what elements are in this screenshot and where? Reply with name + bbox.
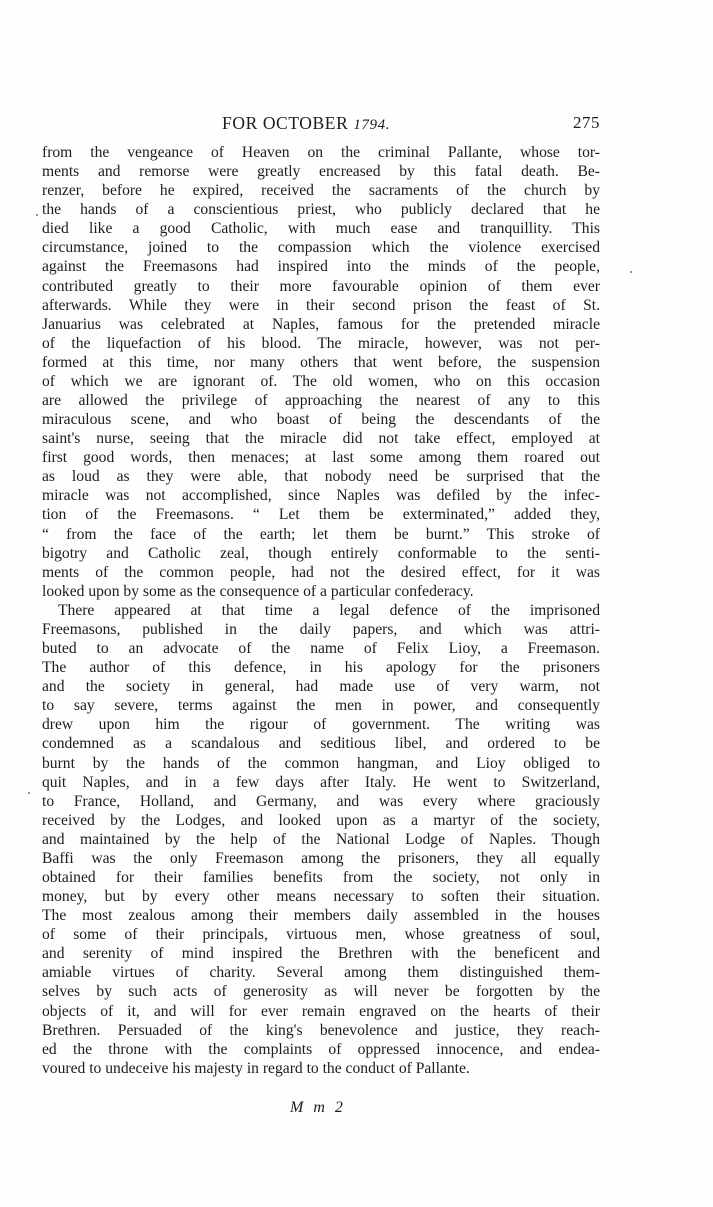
text-line: to France, Holland, and Germany, and was…: [42, 792, 600, 811]
text-line: of which we are ignorant of. The old wom…: [42, 372, 600, 391]
text-line: of some of their principals, virtuous me…: [42, 925, 600, 944]
text-line: The most zealous among their members dai…: [42, 906, 600, 925]
text-line: against the Freemasons had inspired into…: [42, 257, 600, 276]
text-line: miracle was not accomplished, since Napl…: [42, 486, 600, 505]
text-line: are allowed the privilege of approaching…: [42, 391, 600, 410]
running-head: FOR OCTOBER 1794. 275: [42, 113, 600, 137]
text-line: looked upon by some as the consequence o…: [42, 582, 600, 601]
text-line: voured to undeceive his majesty in regar…: [42, 1059, 600, 1078]
text-line: and serenity of mind inspired the Brethr…: [42, 944, 600, 963]
text-line: as loud as they were able, that nobody n…: [42, 467, 600, 486]
text-line: obtained for their families benefits fro…: [42, 868, 600, 887]
margin-speck: [28, 792, 30, 794]
page-number: 275: [573, 113, 600, 133]
margin-speck: [630, 271, 632, 273]
text-line: ed the throne with the complaints of opp…: [42, 1040, 600, 1059]
text-line: from the vengeance of Heaven on the crim…: [42, 143, 600, 162]
text-line: renzer, before he expired, received the …: [42, 181, 600, 200]
running-title-text: FOR OCTOBER: [222, 113, 348, 133]
text-line: died like a good Catholic, with much eas…: [42, 219, 600, 238]
running-title: FOR OCTOBER 1794.: [222, 113, 390, 134]
text-line: ments and remorse were greatly encreased…: [42, 162, 600, 181]
text-line: ments of the common people, had not the …: [42, 563, 600, 582]
book-page: FOR OCTOBER 1794. 275 from the vengeance…: [0, 0, 713, 1207]
text-line: Baffi was the only Freemason among the p…: [42, 849, 600, 868]
text-line: burnt by the hands of the common hangman…: [42, 754, 600, 773]
text-line: circumstance, joined to the compassion w…: [42, 238, 600, 257]
text-line: objects of it, and will for ever remain …: [42, 1002, 600, 1021]
body-text: from the vengeance of Heaven on the crim…: [42, 143, 600, 1078]
text-line: received by the Lodges, and looked upon …: [42, 811, 600, 830]
running-title-year: 1794.: [353, 117, 390, 133]
text-line: Brethren. Persuaded of the king's benevo…: [42, 1021, 600, 1040]
signature-mark: M m 2: [290, 1099, 346, 1117]
text-line: and maintained by the help of the Nation…: [42, 830, 600, 849]
text-line: of the liquefaction of his blood. The mi…: [42, 334, 600, 353]
text-line: miraculous scene, and who boast of being…: [42, 410, 600, 429]
text-line: afterwards. While they were in their sec…: [42, 296, 600, 315]
text-line: condemned as a scandalous and seditious …: [42, 734, 600, 753]
text-line: tion of the Freemasons. “ Let them be ex…: [42, 505, 600, 524]
margin-speck: [36, 214, 38, 216]
text-line: Januarius was celebrated at Naples, famo…: [42, 315, 600, 334]
text-line: to say severe, terms against the men in …: [42, 696, 600, 715]
text-line: formed at this time, nor many others tha…: [42, 353, 600, 372]
text-line: There appeared at that time a legal defe…: [42, 601, 600, 620]
text-line: amiable virtues of charity. Several amon…: [42, 963, 600, 982]
text-line: contributed greatly to their more favour…: [42, 277, 600, 296]
text-line: selves by such acts of generosity as wil…: [42, 982, 600, 1001]
text-line: first good words, then menaces; at last …: [42, 448, 600, 467]
paragraph-1: from the vengeance of Heaven on the crim…: [42, 143, 600, 601]
text-line: money, but by every other means necessar…: [42, 887, 600, 906]
text-line: The author of this defence, in his apolo…: [42, 658, 600, 677]
text-line: bigotry and Catholic zeal, though entire…: [42, 544, 600, 563]
text-line: and the society in general, had made use…: [42, 677, 600, 696]
text-line: the hands of a conscientious priest, who…: [42, 200, 600, 219]
text-line: saint's nurse, seeing that the miracle d…: [42, 429, 600, 448]
text-line: Freemasons, published in the daily paper…: [42, 620, 600, 639]
text-line: quit Naples, and in a few days after Ita…: [42, 773, 600, 792]
text-line: drew upon him the rigour of government. …: [42, 715, 600, 734]
paragraph-2: There appeared at that time a legal defe…: [42, 601, 600, 1078]
text-line: “ from the face of the earth; let them b…: [42, 525, 600, 544]
text-line: buted to an advocate of the name of Feli…: [42, 639, 600, 658]
